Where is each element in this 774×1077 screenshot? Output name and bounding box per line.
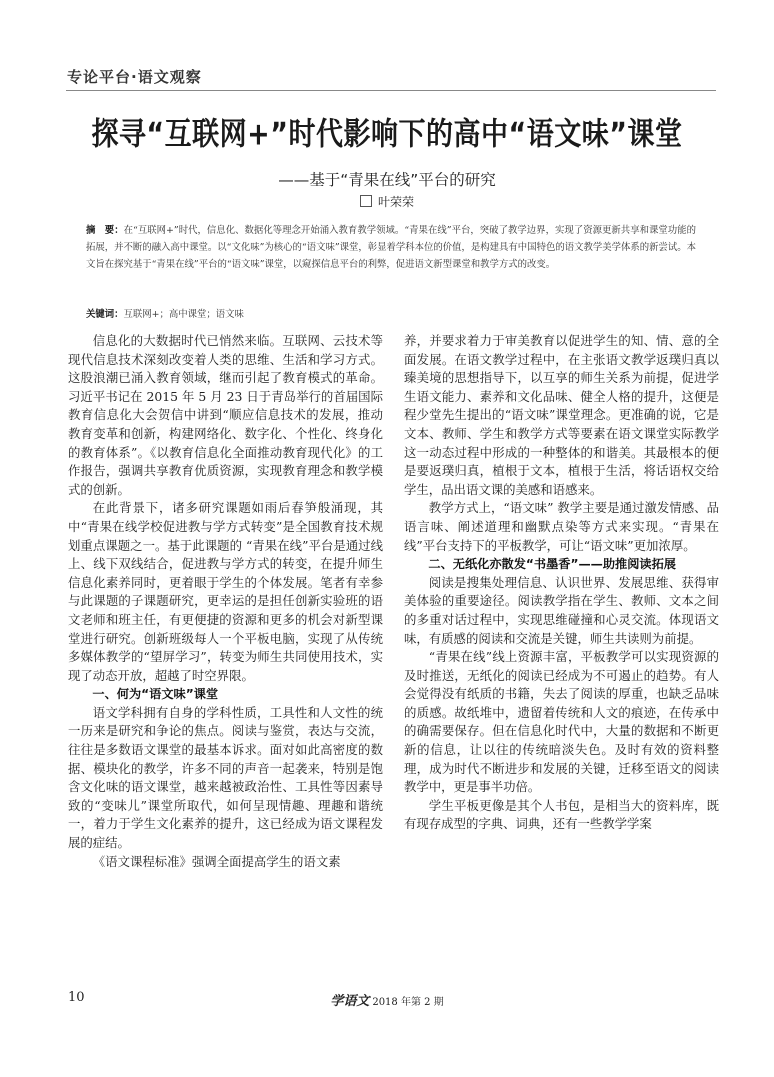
journal-name: 学语文 xyxy=(330,994,369,1009)
article-subtitle: ——基于“青果在线”平台的研究 xyxy=(0,168,774,190)
header-divider xyxy=(66,90,716,91)
paragraph: 养，并要求着力于审美教育以促进学生的知、情、意的全面发展。在语文教学过程中，在主… xyxy=(404,332,719,499)
paragraph: 在此背景下，诸多研究课题如雨后春笋般涌现，其中“青果在线学校促进教与学方式转变”… xyxy=(68,499,383,685)
author-line: 叶荣荣 xyxy=(0,193,774,210)
paragraph: “青果在线”线上资源丰富，平板教学可以实现资源的及时推送，无纸化的阅读已经成为不… xyxy=(404,648,719,797)
section-header: 专论平台·语文观察 xyxy=(67,66,202,87)
author-box-icon xyxy=(360,195,372,207)
article-title: 探寻“互联网+”时代影响下的高中“语文味”课堂 xyxy=(0,109,774,154)
keywords-label: 关键词： xyxy=(86,309,124,320)
keywords-text: 互联网+；高中课堂；语文味 xyxy=(124,309,244,320)
abstract-text: 在“互联网+”时代，信息化、数据化等理念开始涌入教育教学领域。“青果在线”平台，… xyxy=(86,225,696,270)
right-column: 养，并要求着力于审美教育以促进学生的知、情、意的全面发展。在语文教学过程中，在主… xyxy=(404,332,719,834)
paragraph: 阅读是搜集处理信息、认识世界、发展思维、获得审美体验的重要途径。阅读教学指在学生… xyxy=(404,574,719,648)
section-heading-1: 一、何为“语文味”课堂 xyxy=(68,685,383,704)
abstract-label: 摘 要： xyxy=(86,225,124,236)
section-heading-2: 二、无纸化亦散发“书墨香”——助推阅读拓展 xyxy=(404,555,719,574)
journal-issue: 2018 年第 2 期 xyxy=(372,997,443,1008)
abstract: 摘 要：在“互联网+”时代，信息化、数据化等理念开始涌入教育教学领域。“青果在线… xyxy=(86,222,696,274)
paragraph: 教学方式上，“语文味” 教学主要是通过激发情感、品语言味、阐述道理和幽默点染等方… xyxy=(404,499,719,555)
paragraph: 信息化的大数据时代已悄然来临。互联网、云技术等现代信息技术深刻改变着人类的思维、… xyxy=(68,332,383,499)
author-name: 叶荣荣 xyxy=(378,195,414,209)
keywords: 关键词：互联网+；高中课堂；语文味 xyxy=(86,306,244,320)
paragraph: 学生平板更像是其个人书包，是相当大的资料库，既有现存成型的字典、词典，还有一些教… xyxy=(404,797,719,834)
journal-footer: 学语文2018 年第 2 期 xyxy=(0,990,774,1009)
paragraph: 语文学科拥有自身的学科性质，工具性和人文性的统一历来是研究和争论的焦点。阅读与鉴… xyxy=(68,704,383,853)
left-column: 信息化的大数据时代已悄然来临。互联网、云技术等现代信息技术深刻改变着人类的思维、… xyxy=(68,332,383,871)
paragraph: 《语文课程标准》强调全面提高学生的语文素 xyxy=(68,853,383,872)
